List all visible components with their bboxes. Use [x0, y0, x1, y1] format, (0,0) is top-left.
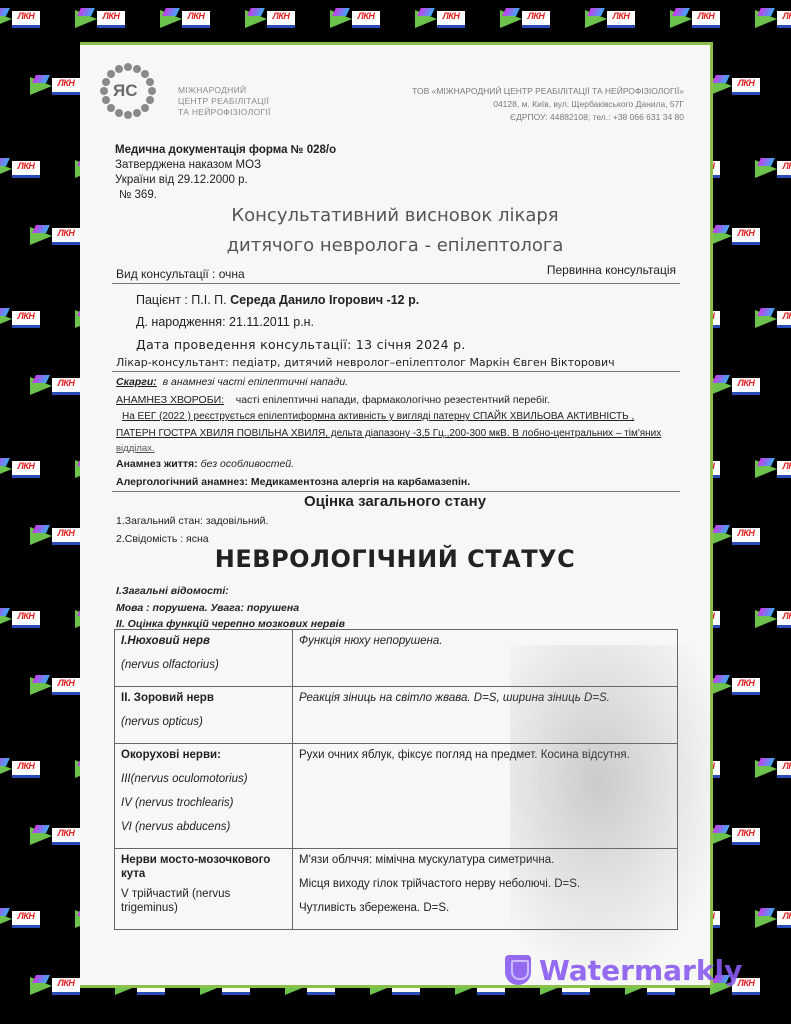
nerve-finding: Рухи очних яблук, фіксує погляд на предм… — [299, 748, 671, 762]
nerve-name: І.Нюховий нерв — [121, 634, 286, 648]
life-label: Анамнез життя: — [116, 458, 198, 470]
logo-dot — [133, 65, 141, 73]
form-number: № 369. — [115, 188, 336, 203]
life-text: без особливостей. — [201, 458, 294, 470]
general-state-heading: Оцінка загального стану — [80, 493, 710, 510]
divider — [112, 371, 680, 372]
background-logo-icon: ЛКН — [710, 75, 762, 97]
nerve-name-cell: І.Нюховий нерв (nervus olfactorius) — [115, 630, 293, 687]
background-logo-icon: ЛКН — [30, 375, 82, 397]
background-logo-icon: ЛКН — [0, 758, 42, 780]
background-logo-icon: ЛКН — [0, 908, 42, 930]
background-logo-icon: ЛКН — [415, 8, 467, 30]
background-logo-icon: ЛКН — [30, 825, 82, 847]
background-logo-icon: ЛКН — [755, 308, 791, 330]
disease-label: АНАМНЕЗ ХВОРОБИ: — [116, 394, 224, 406]
background-logo-icon: ЛКН — [0, 458, 42, 480]
nerve-latin: IV (nervus trochlearis) — [121, 796, 286, 810]
logo-dot — [100, 87, 108, 95]
background-logo-icon: ЛКН — [755, 458, 791, 480]
patient-label: Пацієнт : П.І. П. — [136, 293, 227, 307]
logo-dot — [102, 96, 110, 104]
background-logo-icon: ЛКН — [245, 8, 297, 30]
logo-dot — [133, 109, 141, 117]
nerve-finding: Чутливість збережена. D=S. — [299, 901, 671, 915]
organization-header: ТОВ «МІЖНАРОДНИЙ ЦЕНТР РЕАБІЛІТАЦІЇ ТА Н… — [412, 85, 684, 124]
general-state-item: 1.Загальний стан: задовільний. — [116, 515, 268, 527]
eeg-line-2: ПАТЕРН ГОСТРА ХВИЛЯ ПОВІЛЬНА ХВИЛЯ, дель… — [116, 428, 661, 439]
divider — [112, 283, 680, 284]
background-logo-icon: ЛКН — [755, 908, 791, 930]
document-title-line2: дитячого невролога - епілептолога — [80, 235, 710, 256]
background-logo-icon: ЛКН — [755, 608, 791, 630]
nerve-finding-cell: М'язи облччя: мімічна мускулатура симетр… — [293, 849, 678, 930]
consciousness-item: 2.Свідомість : ясна — [116, 533, 209, 545]
form-approval-date: України від 29.12.2000 р. — [115, 173, 336, 188]
logo-dot — [146, 96, 154, 104]
logo-text-line: ТА НЕЙРОФІЗІОЛОГІЇ — [178, 107, 271, 118]
nerve-latin: (nervus olfactorius) — [121, 658, 286, 672]
watermark-text: Watermarkly — [539, 954, 742, 987]
background-logo-icon: ЛКН — [710, 225, 762, 247]
nerve-name: Окорухові нерви: — [121, 748, 286, 762]
background-logo-icon: ЛКН — [710, 825, 762, 847]
form-title: Медична документація форма № 028/о — [115, 143, 336, 158]
logo-dot — [124, 63, 132, 71]
background-logo-icon: ЛКН — [30, 225, 82, 247]
consulting-doctor: Лікар-консультант: педіатр, дитячий невр… — [116, 356, 615, 369]
cranial-nerves-table: І.Нюховий нерв (nervus olfactorius) Функ… — [114, 629, 678, 930]
table-row: Окорухові нерви: III(nervus oculomotoriu… — [115, 744, 678, 849]
nerve-name-cell: Окорухові нерви: III(nervus oculomotoriu… — [115, 744, 293, 849]
logo-dot — [141, 104, 149, 112]
consultation-type: Вид консультації : очна — [116, 267, 245, 281]
consultation-date: Дата проведення консультації: 13 січня 2… — [136, 337, 466, 352]
background-logo-icon: ЛКН — [500, 8, 552, 30]
nerve-latin: VI (nervus abducens) — [121, 820, 286, 834]
nerve-name-cell: ІІ. Зоровий нерв (nervus opticus) — [115, 687, 293, 744]
logo-dot — [102, 78, 110, 86]
background-logo-icon: ЛКН — [585, 8, 637, 30]
logo-dot — [148, 87, 156, 95]
background-logo-icon: ЛКН — [710, 525, 762, 547]
clinic-logo-icon: ЯС — [100, 63, 156, 119]
eeg-line-3: відділах. — [116, 443, 155, 454]
form-approval: Затверджена наказом МОЗ — [115, 158, 336, 173]
shield-icon — [505, 955, 531, 985]
organization-contacts: ЄДРПОУ: 44882108; тел.: +38 066 631 34 8… — [412, 111, 684, 124]
logo-dot — [146, 78, 154, 86]
complaints-text: в анамнезі часті епілептичні напади. — [163, 376, 348, 388]
background-logo-icon: ЛКН — [710, 375, 762, 397]
table-row: І.Нюховий нерв (nervus olfactorius) Функ… — [115, 630, 678, 687]
complaints: Скарги: в анамнезі часті епілептичні нап… — [116, 376, 348, 388]
general-info-label: І.Загальні відомості: — [116, 585, 229, 597]
patient-info: Пацієнт : П.І. П. Середа Данило Ігорович… — [136, 293, 419, 307]
logo-dot — [141, 70, 149, 78]
document-title-line1: Консультативний висновок лікаря — [80, 205, 710, 226]
organization-name: ТОВ «МІЖНАРОДНИЙ ЦЕНТР РЕАБІЛІТАЦІЇ ТА Н… — [412, 85, 684, 98]
nerve-name-cell: Нерви мосто-мозочкового кута V трійчасти… — [115, 849, 293, 930]
consultation-kind: Первинна консультація — [547, 263, 676, 277]
nerve-finding: Функція нюху непорушена. — [299, 634, 671, 648]
life-history: Анамнез життя: без особливостей. — [116, 458, 294, 470]
background-logo-icon: ЛКН — [30, 975, 82, 997]
logo-dot — [115, 109, 123, 117]
form-info: Медична документація форма № 028/о Затве… — [115, 143, 336, 203]
watermark: Watermarkly — [505, 952, 742, 988]
nerve-finding: Місця виходу гілок трійчастого нерву неб… — [299, 877, 671, 891]
logo-text-line: МІЖНАРОДНИЙ — [178, 85, 271, 96]
nerve-name: Нерви мосто-мозочкового кута — [121, 853, 286, 881]
birth-date: Д. народження: 21.11.2011 р.н. — [136, 315, 314, 329]
nerve-finding: Реакція зіниць на світло жвава. D=S, шир… — [299, 691, 671, 705]
background-logo-icon: ЛКН — [30, 525, 82, 547]
background-logo-icon: ЛКН — [0, 158, 42, 180]
background-logo-icon: ЛКН — [0, 308, 42, 330]
logo-dot — [124, 111, 132, 119]
nerve-finding: М'язи облччя: мімічна мускулатура симетр… — [299, 853, 671, 867]
logo-mark: ЯС — [113, 81, 138, 101]
background-logo-icon: ЛКН — [755, 8, 791, 30]
complaints-label: Скарги: — [116, 376, 157, 388]
logo-text: МІЖНАРОДНИЙ ЦЕНТР РЕАБІЛІТАЦІЇ ТА НЕЙРОФ… — [178, 85, 271, 118]
organization-address: 04128, м. Київ, вул. Щербаківського Дани… — [412, 98, 684, 111]
background-logo-icon: ЛКН — [160, 8, 212, 30]
patient-name: Середа Данило Ігорович -12 р. — [230, 293, 419, 307]
disease-text: часті епілептичні напади, фармакологічно… — [236, 394, 550, 406]
document-page: ЯС МІЖНАРОДНИЙ ЦЕНТР РЕАБІЛІТАЦІЇ ТА НЕЙ… — [80, 42, 713, 988]
nerve-latin: III(nervus oculomotorius) — [121, 772, 286, 786]
table-row: Нерви мосто-мозочкового кута V трійчасти… — [115, 849, 678, 930]
speech-attention: Мова : порушена. Увага: порушена — [116, 602, 299, 614]
logo-dot — [107, 70, 115, 78]
table-row: ІІ. Зоровий нерв (nervus opticus) Реакці… — [115, 687, 678, 744]
nerve-name: ІІ. Зоровий нерв — [121, 691, 286, 705]
nerve-finding-cell: Функція нюху непорушена. — [293, 630, 678, 687]
background-logo-icon: ЛКН — [75, 8, 127, 30]
divider — [112, 491, 680, 492]
background-logo-icon: ЛКН — [0, 608, 42, 630]
background-logo-icon: ЛКН — [0, 8, 42, 30]
nerve-finding-cell: Реакція зіниць на світло жвава. D=S, шир… — [293, 687, 678, 744]
logo-dot — [115, 65, 123, 73]
nerve-latin: V трійчастий (nervus trigeminus) — [121, 887, 286, 915]
background-logo-icon: ЛКН — [755, 758, 791, 780]
background-logo-icon: ЛКН — [670, 8, 722, 30]
background-logo-icon: ЛКН — [30, 75, 82, 97]
background-logo-icon: ЛКН — [755, 158, 791, 180]
logo-dot — [107, 104, 115, 112]
background-logo-icon: ЛКН — [30, 675, 82, 697]
allergy-history: Алергологічний анамнез: Медикаментозна а… — [116, 476, 470, 488]
eeg-line-1: На ЕЕГ (2022 ) реєструється епілептиформ… — [122, 411, 634, 422]
background-logo-icon: ЛКН — [710, 675, 762, 697]
background-logo-icon: ЛКН — [330, 8, 382, 30]
nerve-latin: (nervus opticus) — [121, 715, 286, 729]
logo-text-line: ЦЕНТР РЕАБІЛІТАЦІЇ — [178, 96, 271, 107]
neuro-status-heading: НЕВРОЛОГІЧНИЙ СТАТУС — [80, 545, 710, 573]
nerve-finding-cell: Рухи очних яблук, фіксує погляд на предм… — [293, 744, 678, 849]
disease-history: АНАМНЕЗ ХВОРОБИ: часті епілептичні напад… — [116, 394, 550, 406]
